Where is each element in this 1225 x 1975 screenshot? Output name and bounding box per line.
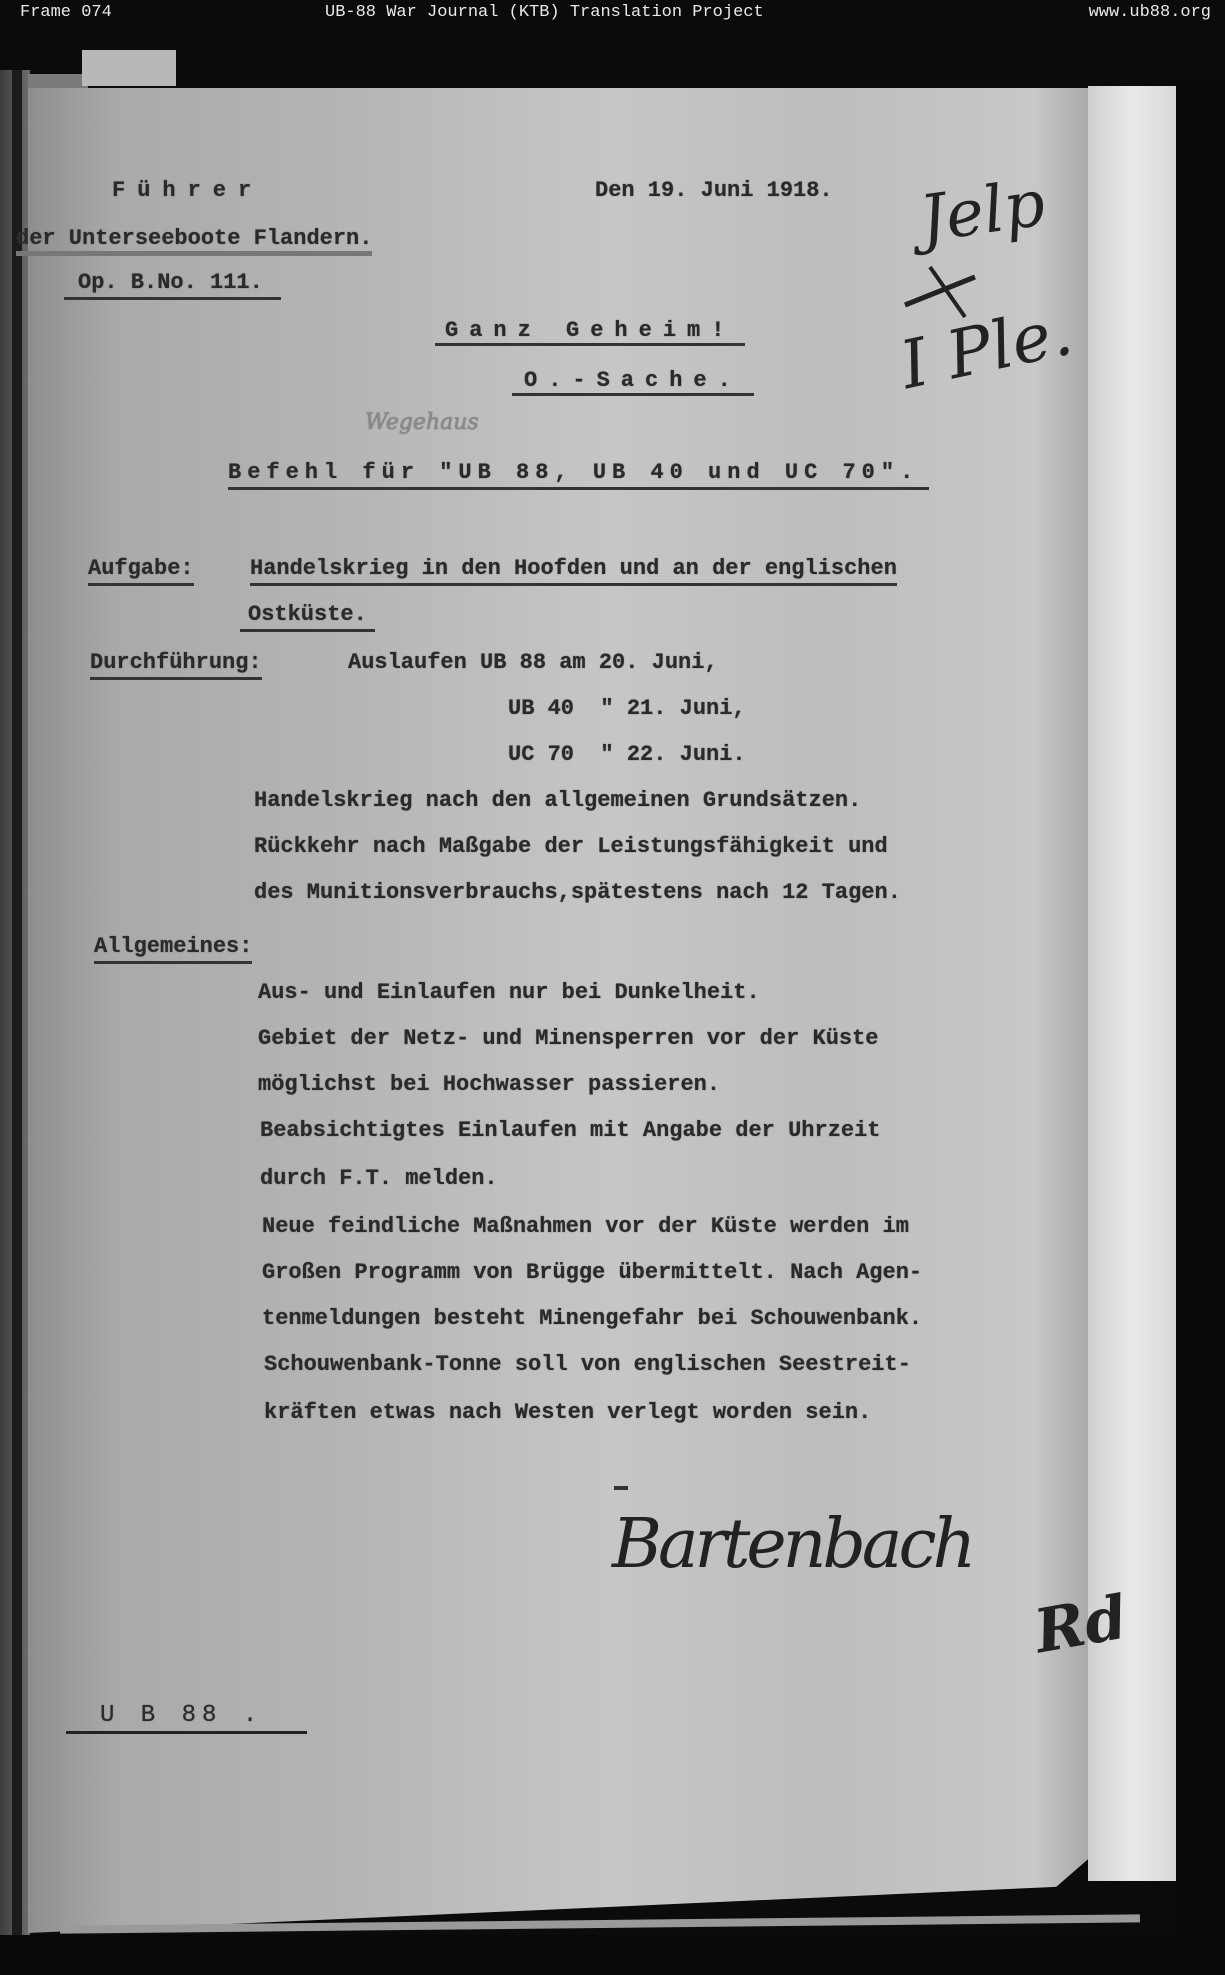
classification-o-sache: O.-Sache.	[512, 368, 754, 396]
allg-text-line-2: Gebiet der Netz- und Minensperren vor de…	[258, 1026, 879, 1051]
allg-text-line-8: tenmeldungen besteht Minengefahr bei Sch…	[262, 1306, 922, 1331]
allg-text-line-9: Schouwenbank-Tonne soll von englischen S…	[264, 1352, 911, 1377]
allg-text-line-5: durch F.T. melden.	[260, 1166, 498, 1191]
binding-line	[12, 70, 22, 1950]
departure-uc70: UC 70 " 22. Juni.	[508, 742, 746, 767]
page-shadow	[1176, 80, 1225, 1975]
aufgabe-text-line-1: Handelskrieg in den Hoofden und an der e…	[250, 556, 897, 586]
aufgabe-text-line-2: Ostküste.	[240, 602, 375, 632]
document-date: Den 19. Juni 1918.	[595, 178, 833, 203]
sender-line-1: Führer	[112, 178, 263, 203]
section-label-allgemeines: Allgemeines:	[94, 934, 252, 964]
faint-stamp: Wegehaus	[365, 410, 479, 435]
allg-text-line-10: kräften etwas nach Westen verlegt worden…	[264, 1400, 871, 1425]
frame-header-bar: Frame 074 UB-88 War Journal (KTB) Transl…	[0, 0, 1225, 28]
signature-dash	[614, 1486, 628, 1490]
recipient-ub88: U B 88 .	[66, 1702, 307, 1734]
section-label-durchfuehrung: Durchführung:	[90, 650, 262, 680]
durch-text-line-5: Rückkehr nach Maßgabe der Leistungsfähig…	[254, 834, 888, 859]
film-bottom	[0, 1935, 1225, 1975]
section-label-aufgabe: Aufgabe:	[88, 556, 194, 586]
departure-ub88: Auslaufen UB 88 am 20. Juni,	[348, 650, 718, 675]
allg-text-line-7: Großen Programm von Brügge übermittelt. …	[262, 1260, 922, 1285]
order-title: Befehl für "UB 88, UB 40 und UC 70".	[228, 460, 929, 490]
classification-top-secret: Ganz Geheim!	[435, 318, 745, 346]
allg-text-line-4: Beabsichtigtes Einlaufen mit Angabe der …	[260, 1118, 881, 1143]
paper-tab	[82, 50, 176, 86]
sender-line-2: der Unterseeboote Flandern.	[16, 226, 372, 256]
departure-ub40: UB 40 " 21. Juni,	[508, 696, 746, 721]
allg-text-line-1: Aus- und Einlaufen nur bei Dunkelheit.	[258, 980, 760, 1005]
durch-text-line-6: des Munitionsverbrauchs,spätestens nach …	[254, 880, 901, 905]
project-website: www.ub88.org	[1089, 3, 1211, 22]
allg-text-line-6: Neue feindliche Maßnahmen vor der Küste …	[262, 1214, 909, 1239]
reference-number: Op. B.No. 111.	[64, 270, 281, 300]
project-title: UB-88 War Journal (KTB) Translation Proj…	[325, 3, 764, 22]
signature: Bartenbach	[612, 1505, 972, 1584]
durch-text-line-4: Handelskrieg nach den allgemeinen Grunds…	[254, 788, 861, 813]
allg-text-line-3: möglichst bei Hochwasser passieren.	[258, 1072, 720, 1097]
frame-number: Frame 074	[20, 3, 112, 22]
